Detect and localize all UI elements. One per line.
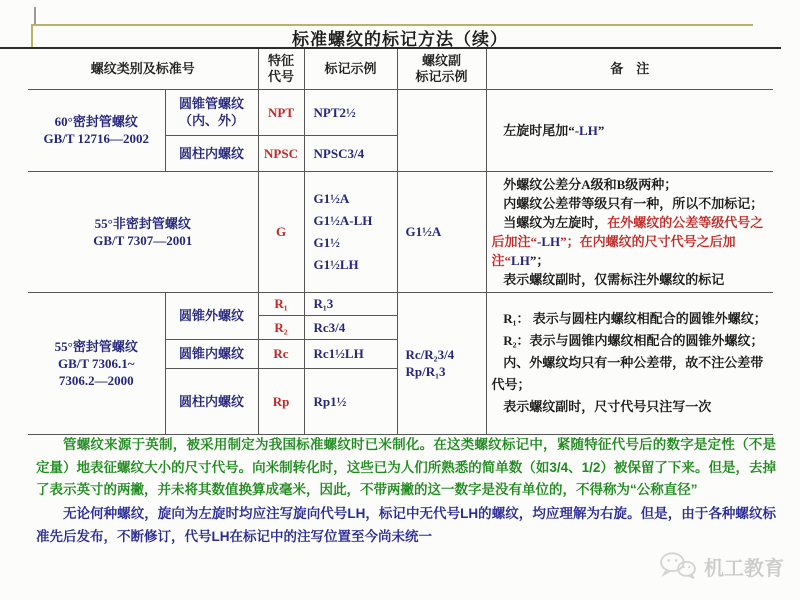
header-pair-line2: 标记示例 (398, 69, 486, 85)
cell-r2-code: R₂ (258, 315, 304, 339)
remark-black: 当螺纹为左旋时， (503, 215, 607, 230)
cell-taper-ext-type: 圆锥外螺纹 (165, 292, 258, 339)
header-code-line1: 特征 (259, 53, 304, 69)
pair-line-2: Rp/R₁3 (406, 363, 486, 380)
header-code: 特征 代号 (258, 49, 304, 89)
cell-npt-example: NPT2½ (304, 89, 397, 135)
header-remarks: 备 注 (486, 49, 773, 89)
cell-rp-example: Rp1½ (304, 368, 397, 434)
category-name: 60°密封管螺纹 (28, 113, 165, 130)
category-name: 55°非密封管螺纹 (28, 215, 258, 232)
cell-npsc-example: NPSC3/4 (304, 135, 397, 171)
cell-rp-code: Rp (258, 368, 304, 434)
remark-line-3: 当螺纹为左旋时，在外螺纹的公差等级代号之后加注“-LH”；在内螺纹的尺寸代号之后… (492, 213, 769, 270)
cell-g-code: G (258, 171, 304, 292)
remark-line: 左旋时尾加“-LH” (492, 121, 769, 140)
row-r1: 55°密封管螺纹 GB/T 7306.1~ 7306.2—2000 圆锥外螺纹 … (28, 292, 773, 315)
footnote-lh-direction: 无论何种螺纹，旋向为左旋时均应注写旋向代号LH，标记中无代号LH的螺纹，均应理解… (36, 503, 776, 548)
g-example-2: G1½A-LH (314, 210, 397, 232)
cell-parallel-int-type: 圆柱内螺纹 (165, 368, 258, 434)
cell-55ns-remarks: 外螺纹公差分A级和B级两种； 内螺纹公差带等级只有一种，所以不加标记； 当螺纹为… (486, 171, 773, 292)
remark-line-4: 表示螺纹副时，尺寸代号只注写一次 (492, 396, 769, 418)
table-header-row: 螺纹类别及标准号 特征 代号 标记示例 螺纹副 标记示例 备 注 (28, 49, 773, 89)
row-npt: 60°密封管螺纹 GB/T 12716—2002 圆锥管螺纹 （内、外） NPT… (28, 89, 773, 135)
remark-code-lh: LH (511, 253, 530, 268)
thread-marking-table: 螺纹类别及标准号 特征 代号 标记示例 螺纹副 标记示例 备 注 60°密封管螺… (28, 49, 773, 435)
header-category: 螺纹类别及标准号 (28, 49, 258, 89)
cell-55s-category: 55°密封管螺纹 GB/T 7306.1~ 7306.2—2000 (28, 292, 165, 434)
remark-line-1: R₁： 表示与圆柱内螺纹相配合的圆锥外螺纹； (492, 308, 769, 330)
category-name: 55°密封管螺纹 (28, 338, 165, 355)
cell-r2-example: Rc3/4 (304, 315, 397, 339)
remark-line-3: 内、外螺纹均只有一种公差带，故不注公差带代号； (492, 352, 769, 396)
pair-line-1: Rc/R₂3/4 (406, 346, 486, 363)
category-standard: GB/T 12716—2002 (28, 130, 165, 147)
g-example-3: G1½ (314, 232, 397, 254)
remark-black-end: ”； (530, 253, 550, 268)
cell-60deg-remarks: 左旋时尾加“-LH” (486, 89, 773, 171)
cell-55ns-category: 55°非密封管螺纹 GB/T 7307—2001 (28, 171, 258, 292)
cell-60deg-category: 60°密封管螺纹 GB/T 12716—2002 (28, 89, 165, 171)
header-example: 标记示例 (304, 49, 397, 89)
cell-npt-type: 圆锥管螺纹 （内、外） (165, 89, 258, 135)
cell-taper-int-type: 圆锥内螺纹 (165, 339, 258, 368)
remark-line-4: 表示螺纹副时，仅需标注外螺纹的标记 (492, 270, 769, 289)
cell-npsc-code: NPSC (258, 135, 304, 171)
cell-rc-code: Rc (258, 339, 304, 368)
cell-g-examples: G1½A G1½A-LH G1½ G1½LH (304, 171, 397, 292)
remark-line-2: 内螺纹公差带等级只有一种，所以不加标记； (492, 194, 769, 213)
cell-npt-code: NPT (258, 89, 304, 135)
header-code-line2: 代号 (259, 69, 304, 85)
cell-g-pair: G1½A (397, 171, 486, 292)
header-pair-example: 螺纹副 标记示例 (397, 49, 486, 89)
category-standard-2: 7306.2—2000 (28, 372, 165, 389)
type-line1: 圆锥管螺纹 (166, 95, 258, 112)
cell-55s-remarks: R₁： 表示与圆柱内螺纹相配合的圆锥外螺纹； R₂：表示与圆锥内螺纹相配合的圆锥… (486, 292, 773, 434)
g-example-4: G1½LH (314, 254, 397, 276)
cell-r1-code: R₁ (258, 292, 304, 315)
row-g: 55°非密封管螺纹 GB/T 7307—2001 G G1½A G1½A-LH … (28, 171, 773, 292)
remark-line-2: R₂：表示与圆锥内螺纹相配合的圆锥外螺纹； (492, 330, 769, 352)
type-line2: （内、外） (166, 112, 258, 129)
page-edge-tick (34, 7, 36, 24)
remark-line-1: 外螺纹公差分A级和B级两种； (492, 175, 769, 194)
wechat-icon (659, 551, 697, 581)
cell-npsc-type: 圆柱内螺纹 (165, 135, 258, 171)
category-standard: GB/T 7307—2001 (28, 232, 258, 249)
cell-60deg-pair (397, 89, 486, 171)
remark-text-end: ” (598, 123, 605, 138)
header-pair-line1: 螺纹副 (398, 53, 486, 69)
remark-text: 左旋时尾加“ (503, 123, 575, 138)
watermark: 机工教育 (659, 549, 784, 583)
watermark-label: 机工教育 (704, 552, 784, 581)
category-standard-1: GB/T 7306.1~ (28, 355, 165, 372)
remark-code-minus-lh: -LH (537, 234, 560, 249)
cell-55s-pair: Rc/R₂3/4 Rp/R₁3 (397, 292, 486, 434)
cell-rc-example: Rc1½LH (304, 339, 397, 368)
g-example-1: G1½A (314, 188, 397, 210)
footnote-pipe-thread-origin: 管螺纹来源于英制，被采用制定为我国标准螺纹时已米制化。在这类螺纹标记中，紧随特征… (36, 434, 776, 502)
remark-code-lh: -LH (575, 123, 598, 138)
cell-r1-example: R₁3 (304, 292, 397, 315)
